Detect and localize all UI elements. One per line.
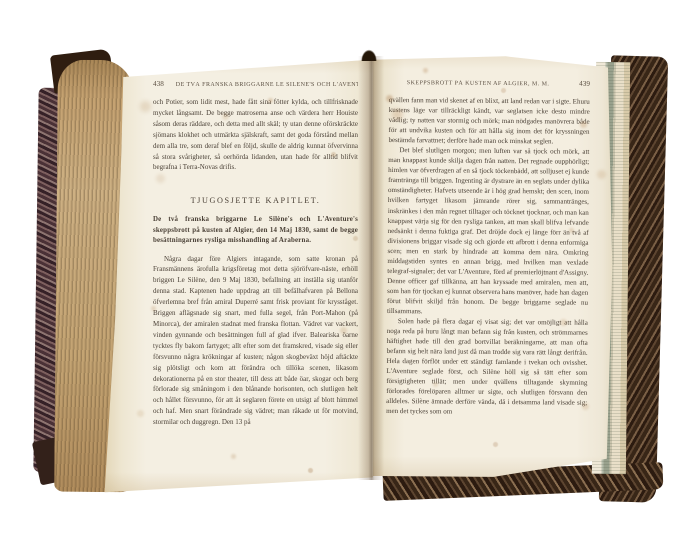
right-running-head-row: SKEPPSBROTT PÅ KUSTEN AF ALGIER, M. M. 4… bbox=[389, 78, 590, 88]
right-paragraph-1: qvällen fann man vid skenet af en blixt,… bbox=[388, 95, 589, 147]
left-running-head: DE TVÅ FRANSKA BRIGGARNE LE SILÈNE'S OCH… bbox=[176, 82, 358, 88]
left-text-column: 438 DE TVÅ FRANSKA BRIGGARNE LE SILÈNE'S… bbox=[153, 80, 358, 428]
right-text-column: SKEPPSBROTT PÅ KUSTEN AF ALGIER, M. M. 4… bbox=[386, 78, 590, 418]
right-paragraph-2: Det blef slutligen morgon; men luften va… bbox=[387, 145, 589, 318]
photo-canvas: 438 DE TVÅ FRANSKA BRIGGARNE LE SILÈNE'S… bbox=[0, 0, 700, 548]
left-page-number: 438 bbox=[153, 80, 164, 88]
gutter-notch bbox=[360, 48, 378, 61]
chapter-summary: De två franska briggarne Le Silène's och… bbox=[153, 215, 358, 246]
left-paragraph: Några dagar före Algiers intagande, som … bbox=[153, 254, 358, 429]
left-running-head-row: 438 DE TVÅ FRANSKA BRIGGARNE LE SILÈNE'S… bbox=[153, 80, 358, 88]
left-page: 438 DE TVÅ FRANSKA BRIGGARNE LE SILÈNE'S… bbox=[103, 56, 373, 494]
right-page-number: 439 bbox=[579, 80, 590, 88]
right-running-head: SKEPPSBROTT PÅ KUSTEN AF ALGIER, M. M. bbox=[389, 80, 567, 88]
right-page: SKEPPSBROTT PÅ KUSTEN AF ALGIER, M. M. 4… bbox=[373, 52, 614, 482]
right-paragraph-3: Solen hade på flera dagar ej visat sig; … bbox=[386, 316, 588, 418]
chapter-heading: TJUGOSJETTE KAPITLET. bbox=[153, 196, 358, 205]
left-paragraph-continuation: och Potier, som lidit mest, hade fått si… bbox=[153, 97, 358, 173]
